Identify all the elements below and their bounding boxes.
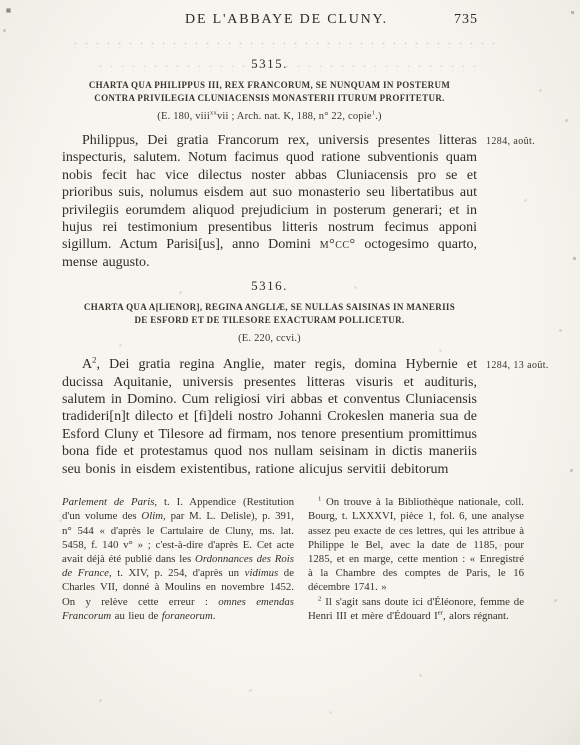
footnote-column-right: 1 On trouve à la Bibliothèque nationale,… — [308, 495, 524, 623]
charter-body-wrap: A2, Dei gratia regina Anglie, mater regi… — [62, 356, 477, 478]
scanned-book-page: DE L'ABBAYE DE CLUNY. 735 5315. CHARTA Q… — [0, 0, 580, 745]
footnote-column-left: Parlement de Paris, t. I. Appendice (Res… — [62, 495, 294, 623]
charter-number: 5315. — [62, 56, 477, 72]
page-title: DE L'ABBAYE DE CLUNY. — [62, 12, 477, 28]
charter-body-text: Philippus, Dei gratia Francorum rex, uni… — [62, 132, 477, 271]
archive-reference: (E. 220, ccvi.) — [62, 333, 477, 344]
footnote-2: 2 Il s'agit sans doute ici d'Éléonore, f… — [308, 595, 524, 623]
scan-noise — [0, 0, 1, 1]
margin-date: 1284, 13 août. — [486, 360, 580, 371]
footnote-1: 1 On trouve à la Bibliothèque nationale,… — [308, 495, 524, 594]
charter-body-text: A2, Dei gratia regina Anglie, mater regi… — [62, 356, 477, 478]
archive-reference: (E. 180, viiixxvii ; Arch. nat. K, 188, … — [62, 111, 477, 122]
running-header: DE L'ABBAYE DE CLUNY. 735 — [62, 0, 477, 30]
folio-number: 735 — [454, 12, 478, 28]
scan-noise-band — [70, 41, 500, 48]
text-block: 5315. CHARTA QUA PHILIPPUS III, REX FRAN… — [62, 56, 477, 623]
charter-5315: 5315. CHARTA QUA PHILIPPUS III, REX FRAN… — [62, 56, 477, 271]
charter-heading: CHARTA QUA A[LIENOR], REGINA ANGLIÆ, SE … — [79, 301, 461, 327]
margin-date: 1284, août. — [486, 136, 580, 147]
charter-heading: CHARTA QUA PHILIPPUS III, REX FRANCORUM,… — [68, 79, 472, 105]
footnote-continuation: Parlement de Paris, t. I. Appendice (Res… — [62, 495, 294, 623]
charter-body-wrap: Philippus, Dei gratia Francorum rex, uni… — [62, 132, 477, 271]
charter-5316: 5316. CHARTA QUA A[LIENOR], REGINA ANGLI… — [62, 278, 477, 478]
footnotes: Parlement de Paris, t. I. Appendice (Res… — [62, 495, 524, 623]
charter-number: 5316. — [62, 278, 477, 294]
